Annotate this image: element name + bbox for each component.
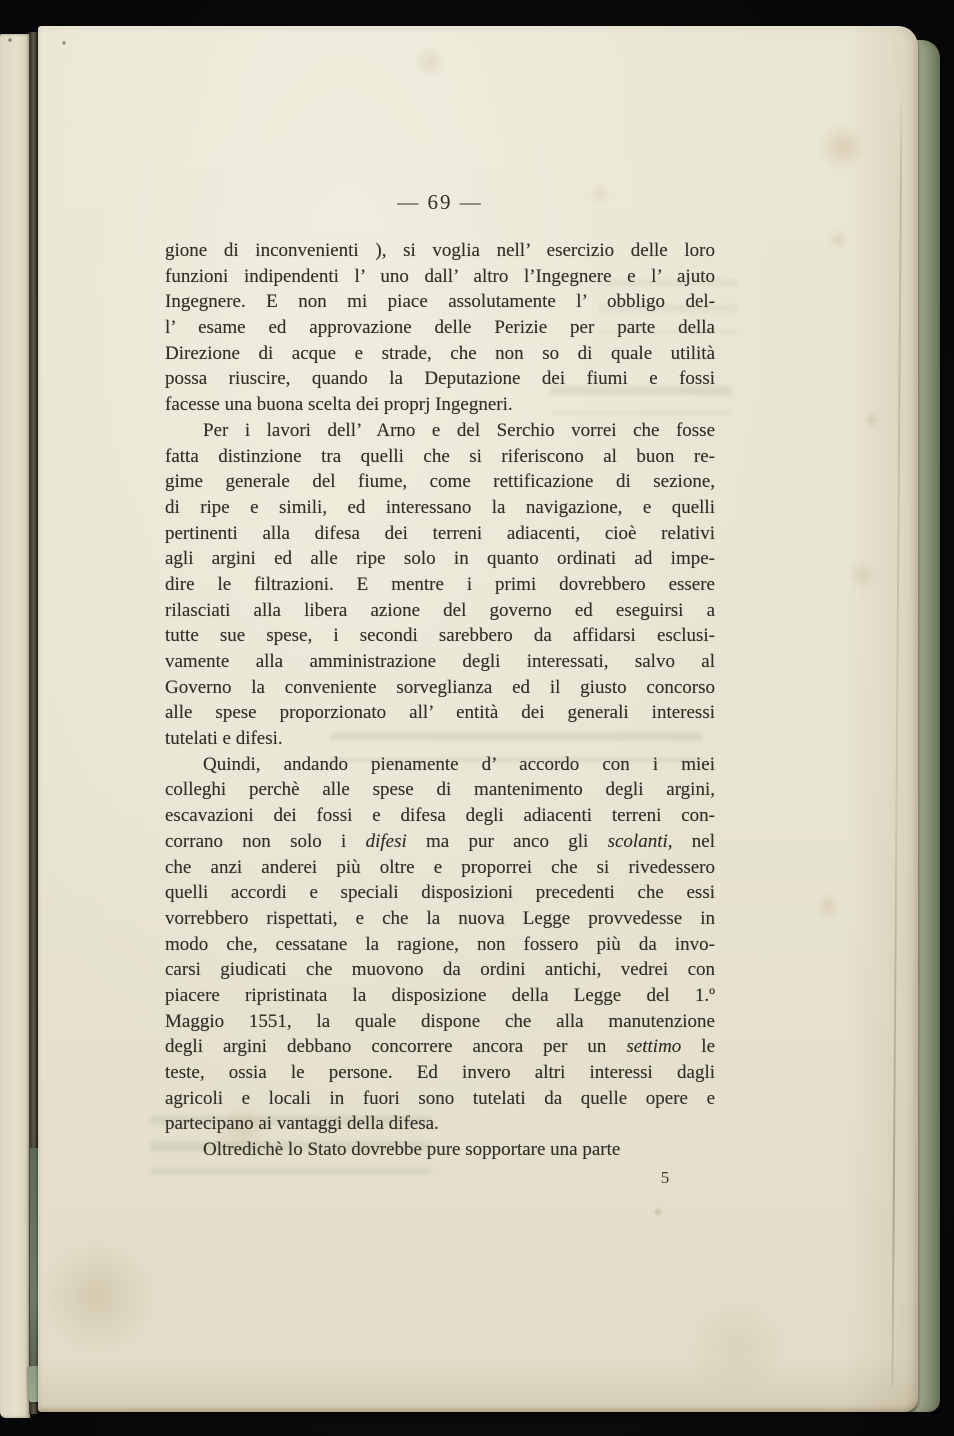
- text-line: rilasciati alla libera azione del govern…: [165, 598, 715, 624]
- text-segment: funzioni indipendenti l’ uno dall’ altro…: [165, 266, 715, 287]
- text-line: funzioni indipendenti l’ uno dall’ altro…: [165, 264, 715, 290]
- text-line: corrano non solo i difesi ma pur anco gl…: [165, 829, 715, 855]
- signature-mark: 5: [645, 1168, 685, 1188]
- text-line: colleghi perchè alle spese di mantenimen…: [165, 777, 715, 803]
- text-line: di ripe e simili, ed interessano la navi…: [165, 495, 715, 521]
- page-crease: [891, 86, 902, 1386]
- text-line: pertinenti alla difesa dei terreni adiac…: [165, 521, 715, 547]
- scanned-book-photo: — 69 — gione di inconvenienti ), si vogl…: [0, 0, 954, 1436]
- text-segment: agli argini ed alle ripe solo in quanto …: [165, 548, 715, 569]
- paragraph: gione di inconvenienti ), si voglia nell…: [165, 238, 715, 418]
- text-segment: Oltredichè lo Stato dovrebbe pure soppor…: [203, 1139, 620, 1160]
- text-line: vamente alla amministrazione degli inter…: [165, 649, 715, 675]
- text-segment: tutelati e difesi.: [165, 728, 283, 749]
- text-segment: dire le filtrazioni. E mentre i primi do…: [165, 574, 715, 595]
- binding-tape: [30, 1148, 38, 1400]
- text-segment: Per i lavori dell’ Arno e del Serchio vo…: [203, 420, 715, 441]
- text-line: Per i lavori dell’ Arno e del Serchio vo…: [165, 418, 715, 444]
- text-segment: facesse una buona scelta dei proprj Inge…: [165, 394, 513, 415]
- text-line: gione di inconvenienti ), si voglia nell…: [165, 238, 715, 264]
- text-line: facesse una buona scelta dei proprj Inge…: [165, 392, 715, 418]
- text-line: Oltredichè lo Stato dovrebbe pure soppor…: [165, 1137, 715, 1163]
- text-segment: Quindi, andando pienamente d’ accordo co…: [203, 754, 715, 775]
- paragraph: Per i lavori dell’ Arno e del Serchio vo…: [165, 418, 715, 752]
- text-line: piacere ripristinata la disposizione del…: [165, 983, 715, 1009]
- text-segment: gime generale del fiume, come rettificaz…: [165, 471, 715, 492]
- text-line: l’ esame ed approvazione delle Perizie p…: [165, 315, 715, 341]
- text-segment: ma pur anco gli: [407, 831, 608, 852]
- text-line: Ingegnere. E non mi piace assolutamente …: [165, 289, 715, 315]
- text-segment: agricoli e locali in fuori sono tutelati…: [165, 1088, 715, 1109]
- text-line: Quindi, andando pienamente d’ accordo co…: [165, 752, 715, 778]
- text-line: gime generale del fiume, come rettificaz…: [165, 469, 715, 495]
- text-line: Governo la conveniente sorveglianza ed i…: [165, 675, 715, 701]
- text-line: carsi giudicati che muovono da ordini an…: [165, 957, 715, 983]
- text-segment: pertinenti alla difesa dei terreni adiac…: [165, 523, 715, 544]
- text-block: gione di inconvenienti ), si voglia nell…: [165, 238, 715, 1163]
- text-segment: fatta distinzione tra quelli che si rife…: [165, 446, 715, 467]
- text-line: Direzione di acque e strade, che non so …: [165, 341, 715, 367]
- text-segment: possa riuscire, quando la Deputazione de…: [165, 368, 715, 389]
- text-line: agricoli e locali in fuori sono tutelati…: [165, 1086, 715, 1112]
- text-line: che anzi anderei più oltre e proporrei c…: [165, 855, 715, 881]
- text-line: teste, ossia le persone. Ed invero altri…: [165, 1060, 715, 1086]
- text-segment: corrano non solo i: [165, 831, 366, 852]
- text-segment: alle spese proporzionato all’ entità dei…: [165, 702, 715, 723]
- text-segment: modo che, cessatane la ragione, non foss…: [165, 934, 715, 955]
- text-segment: le: [681, 1036, 715, 1057]
- text-segment: partecipano ai vantaggi della difesa.: [165, 1113, 439, 1134]
- text-segment: degli argini debbano concorrere ancora p…: [165, 1036, 626, 1057]
- paragraph: Oltredichè lo Stato dovrebbe pure soppor…: [165, 1137, 715, 1163]
- text-segment: scolanti,: [608, 831, 673, 852]
- text-line: agli argini ed alle ripe solo in quanto …: [165, 546, 715, 572]
- text-segment: vorrebbero rispettati, e che la nuova Le…: [165, 908, 715, 929]
- text-line: degli argini debbano concorrere ancora p…: [165, 1034, 715, 1060]
- text-segment: Governo la conveniente sorveglianza ed i…: [165, 677, 715, 698]
- previous-page-edge: [0, 34, 30, 1418]
- text-segment: tutte sue spese, i secondi sarebbero da …: [165, 625, 715, 646]
- text-segment: carsi giudicati che muovono da ordini an…: [165, 959, 715, 980]
- text-line: alle spese proporzionato all’ entità dei…: [165, 700, 715, 726]
- text-segment: vamente alla amministrazione degli inter…: [165, 651, 715, 672]
- text-segment: settimo: [626, 1036, 681, 1057]
- text-segment: Ingegnere. E non mi piace assolutamente …: [165, 291, 715, 312]
- text-line: dire le filtrazioni. E mentre i primi do…: [165, 572, 715, 598]
- text-segment: colleghi perchè alle spese di mantenimen…: [165, 779, 715, 800]
- text-segment: Maggio 1551, la quale dispone che alla m…: [165, 1011, 715, 1032]
- text-segment: l’ esame ed approvazione delle Perizie p…: [165, 317, 715, 338]
- text-segment: che anzi anderei più oltre e proporrei c…: [165, 857, 715, 878]
- page-header: — 69 —: [165, 190, 715, 215]
- paragraph: Quindi, andando pienamente d’ accordo co…: [165, 752, 715, 1137]
- text-segment: difesi: [366, 831, 407, 852]
- text-segment: teste, ossia le persone. Ed invero altri…: [165, 1062, 715, 1083]
- text-line: Maggio 1551, la quale dispone che alla m…: [165, 1009, 715, 1035]
- text-line: partecipano ai vantaggi della difesa.: [165, 1111, 715, 1137]
- text-line: modo che, cessatane la ragione, non foss…: [165, 932, 715, 958]
- text-line: quelli accordi e speciali disposizioni p…: [165, 880, 715, 906]
- text-segment: Direzione di acque e strade, che non so …: [165, 343, 715, 364]
- text-line: possa riuscire, quando la Deputazione de…: [165, 366, 715, 392]
- text-segment: piacere ripristinata la disposizione del…: [165, 985, 715, 1006]
- text-line: escavazioni dei fossi e difesa degli adi…: [165, 803, 715, 829]
- text-segment: quelli accordi e speciali disposizioni p…: [165, 882, 715, 903]
- text-line: fatta distinzione tra quelli che si rife…: [165, 444, 715, 470]
- text-segment: gione di inconvenienti ), si voglia nell…: [165, 240, 715, 261]
- book-page: — 69 — gione di inconvenienti ), si vogl…: [38, 26, 918, 1412]
- text-line: tutelati e difesi.: [165, 726, 715, 752]
- text-line: vorrebbero rispettati, e che la nuova Le…: [165, 906, 715, 932]
- text-segment: rilasciati alla libera azione del govern…: [165, 600, 715, 621]
- text-line: tutte sue spese, i secondi sarebbero da …: [165, 623, 715, 649]
- text-segment: nel: [673, 831, 715, 852]
- text-segment: escavazioni dei fossi e difesa degli adi…: [165, 805, 715, 826]
- page-number: — 69 —: [397, 190, 483, 214]
- text-segment: di ripe e simili, ed interessano la navi…: [165, 497, 715, 518]
